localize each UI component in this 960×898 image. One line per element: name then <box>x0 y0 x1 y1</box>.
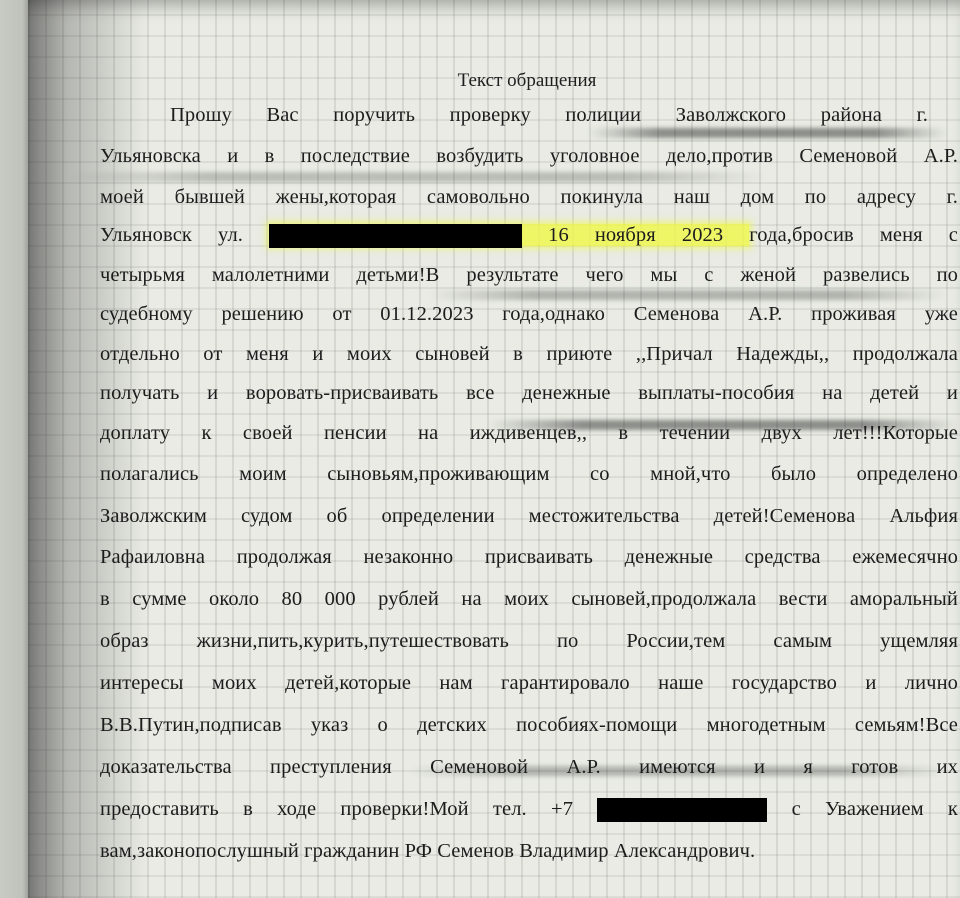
text-line: В.В.Путин,подписав указ о детских пособи… <box>100 714 958 737</box>
text-line: Ульяновска и в последствие возбудить уго… <box>100 145 958 168</box>
text-line: судебному решению от 01.12.2023 года,одн… <box>100 303 958 326</box>
signature-line: вам,законопослушный гражданин РФ Семенов… <box>100 840 958 863</box>
text-line: в сумме около 80 000 рублей на моих сыно… <box>100 588 958 611</box>
highlighted-segment: 16 ноября 2023 <box>269 224 749 246</box>
text-line: четырьмя малолетними детьми!В результате… <box>100 264 958 287</box>
text-line: полагались моим сыновьям,проживающим со … <box>100 463 958 486</box>
text-line-address: Ульяновск ул. 16 ноября 2023 года,бросив… <box>100 224 958 248</box>
text-line-phone: предоставить в ходе проверки!Мой тел. +7… <box>100 798 958 822</box>
text-segment: Ульяновск ул. <box>100 224 243 246</box>
text-line: доказательства преступления Семеновой А.… <box>100 756 958 779</box>
text-line: Рафаиловна продолжая незаконно присваива… <box>100 546 958 569</box>
text-line: Заволжским судом об определении местожит… <box>100 505 958 528</box>
scan-streak <box>68 172 768 182</box>
text-line: получать и воровать-присваивать все дене… <box>100 382 958 405</box>
address-redaction <box>269 224 522 248</box>
text-line: интересы моих детей,которые нам гарантир… <box>100 672 958 695</box>
text-line: моей бывшей жены,которая самовольно поки… <box>100 186 958 209</box>
text-line: отдельно от меня и моих сыновей в приюте… <box>100 343 958 366</box>
text-segment: года,бросив меня с <box>749 224 958 246</box>
scan-streak <box>428 290 948 300</box>
text-segment: с Уважением к <box>792 798 958 820</box>
highlighted-date: 16 ноября 2023 <box>548 224 723 246</box>
scan-streak <box>588 128 948 138</box>
text-line: доплату к своей пенсии на иждивенцев,, в… <box>100 422 958 445</box>
scanned-page: Текст обращения Прошу Вас поручить прове… <box>28 0 960 898</box>
text-line: Прошу Вас поручить проверку полиции Заво… <box>170 104 928 127</box>
text-segment: предоставить в ходе проверки!Мой тел. +7 <box>100 798 573 820</box>
text-line: образ жизни,пить,курить,путешествовать п… <box>100 630 958 653</box>
phone-redaction <box>597 798 767 822</box>
document-title: Текст обращения <box>28 70 960 92</box>
